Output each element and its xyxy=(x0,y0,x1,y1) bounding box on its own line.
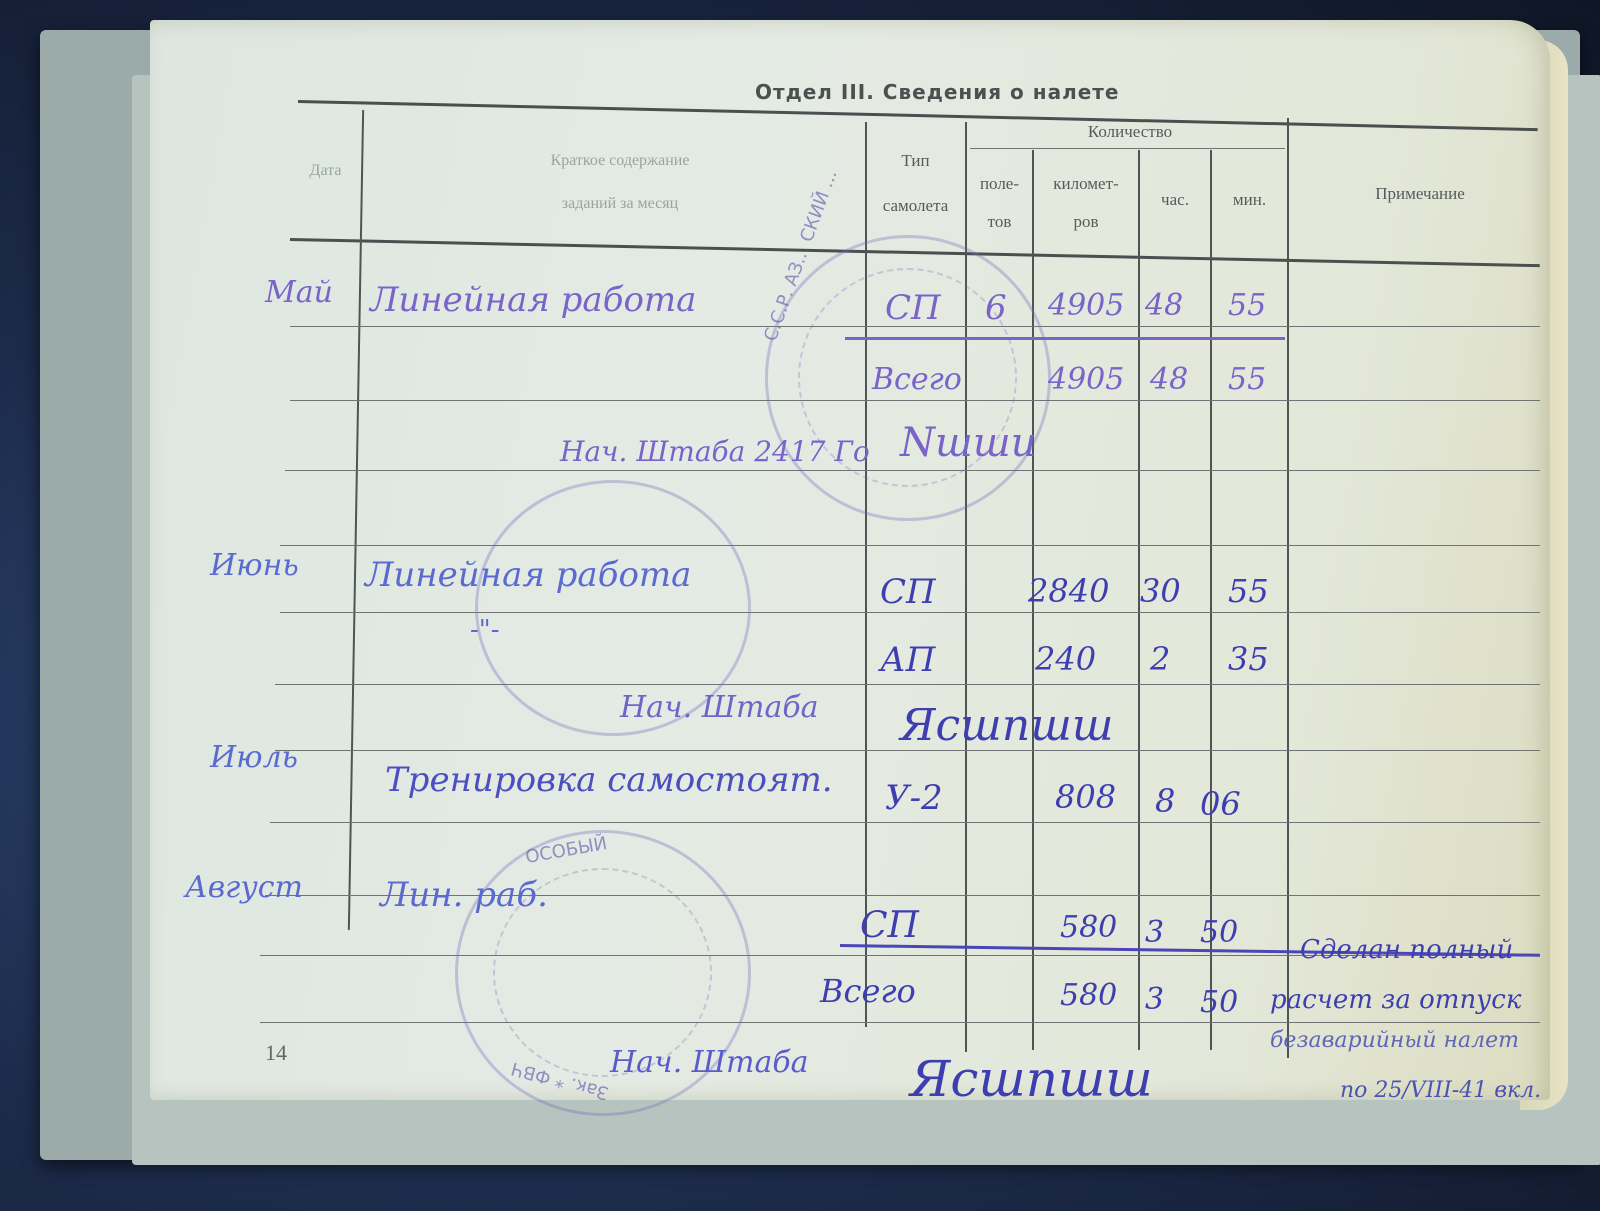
entry-may-month: Май xyxy=(265,275,333,310)
signature-line-may: Нач. Штаба 2417 Го xyxy=(560,435,870,468)
row-rule xyxy=(270,822,1540,823)
entry-august-total-minutes: 50 xyxy=(1200,985,1238,1020)
entry-august-km: 580 xyxy=(1060,910,1117,945)
entry-june-minutes-2: 35 xyxy=(1228,640,1269,678)
row-rule xyxy=(280,612,1540,613)
header-km-1: километ- xyxy=(1034,168,1138,200)
header-minutes: мин. xyxy=(1212,184,1287,216)
header-flights-1: поле- xyxy=(967,168,1032,200)
entry-may-aircraft: СП xyxy=(885,288,941,328)
entry-may-total-km: 4905 xyxy=(1048,362,1124,397)
signature-may: Nшши xyxy=(900,420,1037,466)
entry-june-km-2: 240 xyxy=(1035,640,1096,678)
header-date: Дата xyxy=(298,155,353,187)
note-line-3: безаварийный налет xyxy=(1270,1028,1519,1053)
header-summary-1: Краткое содержание xyxy=(470,145,770,177)
entry-august-total-km: 580 xyxy=(1060,978,1117,1013)
entry-may-total-label: Всего xyxy=(872,362,962,397)
entry-july-aircraft: У-2 xyxy=(885,778,943,818)
row-rule xyxy=(280,545,1540,546)
entry-august-month: Август xyxy=(185,870,303,905)
total-rule-may xyxy=(845,337,1285,340)
entry-may-total-hours: 48 xyxy=(1150,362,1188,397)
quantity-subrule xyxy=(970,148,1285,149)
entry-may-task: Линейная работа xyxy=(370,280,696,320)
entry-august-total-label: Всего xyxy=(820,972,916,1010)
page-number: 14 xyxy=(265,1040,287,1066)
header-quantity: Количество xyxy=(1030,116,1230,148)
entry-may-flights: 6 xyxy=(985,288,1007,328)
header-km-2: ров xyxy=(1034,206,1138,238)
signature-line-june: Нач. Штаба xyxy=(620,690,819,725)
header-notes: Примечание xyxy=(1340,178,1500,210)
row-rule xyxy=(275,684,1540,685)
signature-line-august: Нач. Штаба xyxy=(610,1045,809,1080)
entry-june-task: Линейная работа xyxy=(365,555,691,595)
entry-august-task: Лин. раб. xyxy=(380,875,548,915)
section-title: Отдел III. Сведения о налете xyxy=(755,80,1119,104)
col-divider-minutes xyxy=(1287,118,1289,1058)
entry-august-total-hours: 3 xyxy=(1145,982,1164,1017)
entry-july-hours: 8 xyxy=(1155,782,1175,820)
entry-august-minutes: 50 xyxy=(1200,915,1238,950)
entry-may-hours: 48 xyxy=(1145,288,1183,323)
entry-june-km: 2840 xyxy=(1028,572,1109,610)
entry-august-hours: 3 xyxy=(1145,915,1164,950)
entry-june-ditto: -"- xyxy=(470,615,500,645)
entry-july-km: 808 xyxy=(1055,778,1116,816)
entry-june-hours-2: 2 xyxy=(1150,640,1170,678)
entry-june-aircraft: СП xyxy=(880,572,936,612)
row-rule xyxy=(260,1022,1540,1023)
entry-june-aircraft-2: АП xyxy=(880,640,935,680)
header-aircraft-1: Тип xyxy=(868,145,963,177)
note-line-2: расчет за отпуск xyxy=(1270,985,1521,1015)
header-hours: час. xyxy=(1140,184,1210,216)
signature-august: Ясшпшш xyxy=(910,1050,1153,1108)
entry-june-minutes: 55 xyxy=(1228,572,1269,610)
entry-july-minutes: 06 xyxy=(1200,785,1241,823)
entry-may-minutes: 55 xyxy=(1228,288,1266,323)
entry-july-month: Июль xyxy=(210,740,298,775)
note-line-4: по 25/VIII-41 вкл. xyxy=(1340,1078,1541,1103)
entry-may-km: 4905 xyxy=(1048,288,1124,323)
entry-may-total-minutes: 55 xyxy=(1228,362,1266,397)
entry-july-task: Тренировка самостоят. xyxy=(385,760,833,800)
entry-august-aircraft: СП xyxy=(860,905,919,946)
entry-june-month: Июнь xyxy=(210,548,299,583)
header-flights-2: тов xyxy=(967,206,1032,238)
header-summary-2: заданий за месяц xyxy=(470,188,770,220)
note-line-1: Сделан полный xyxy=(1300,935,1513,965)
signature-june: Ясшпшш xyxy=(900,700,1114,751)
header-aircraft-2: самолета xyxy=(868,190,963,222)
entry-june-hours: 30 xyxy=(1140,572,1181,610)
